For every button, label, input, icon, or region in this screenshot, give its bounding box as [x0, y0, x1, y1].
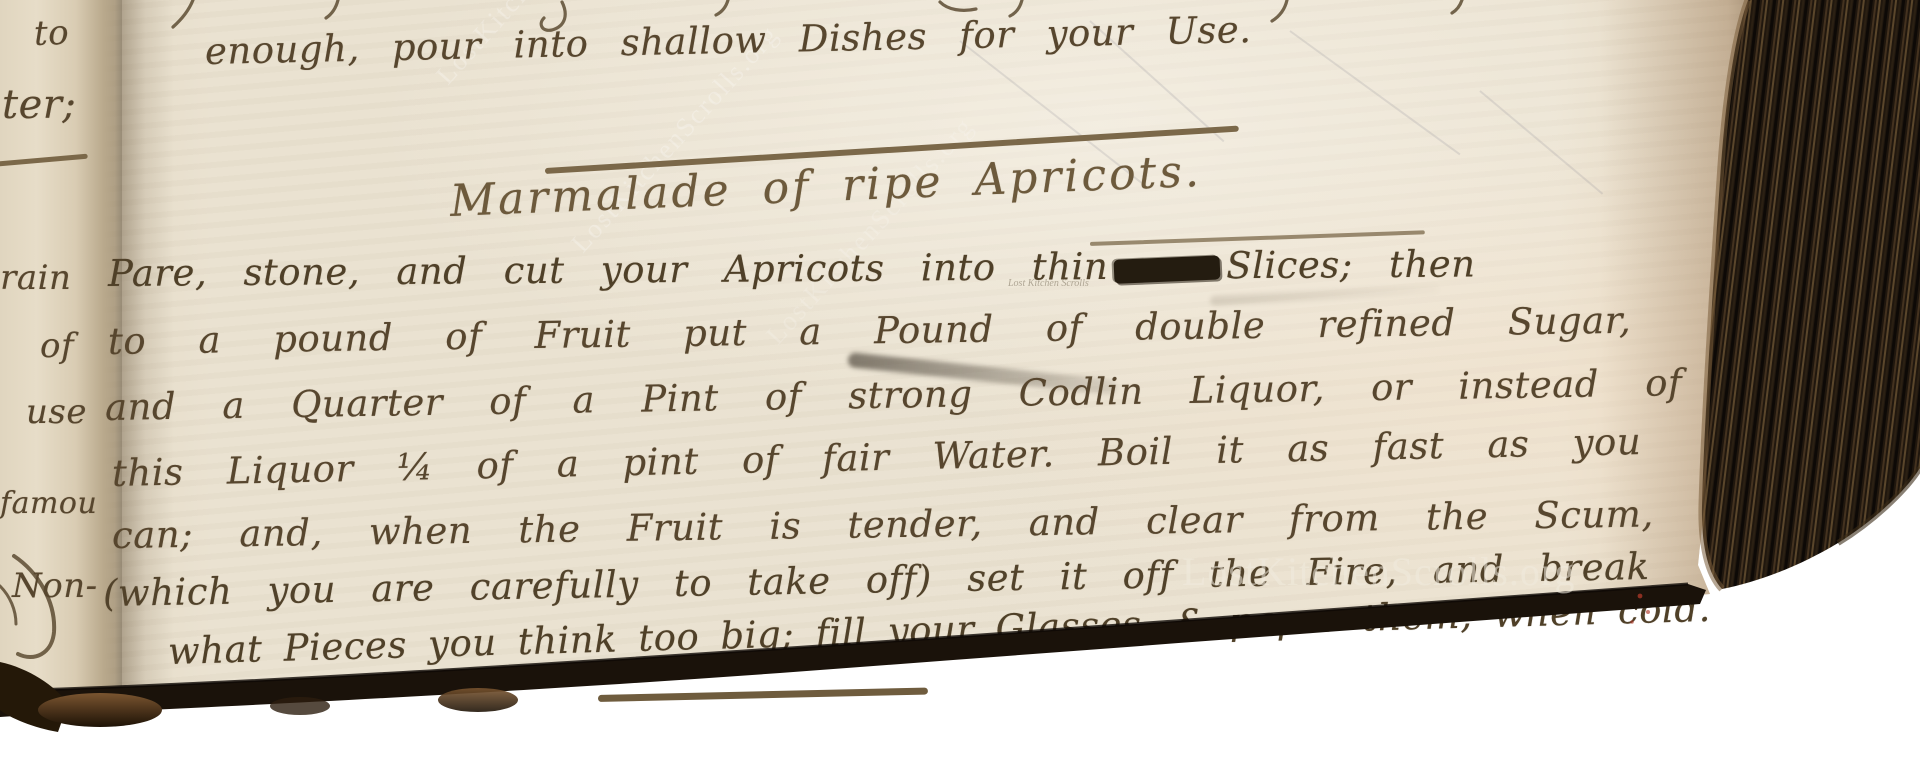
thread-speck — [1638, 594, 1643, 599]
manuscript-photo: LostKitchenScrolls.org LostKitchenScroll… — [0, 0, 1920, 779]
binding-bump — [270, 697, 330, 715]
binding-bump — [38, 693, 162, 727]
thread-speck — [1630, 620, 1634, 624]
binding-bump — [438, 688, 518, 712]
watermark-corner: LostKitchenScrolls.org — [1182, 548, 1575, 595]
book-fore-edge — [1702, 0, 1920, 589]
book-bottom-edge — [0, 584, 1706, 717]
thread-speck — [1646, 610, 1650, 614]
book-edges — [0, 0, 1920, 779]
